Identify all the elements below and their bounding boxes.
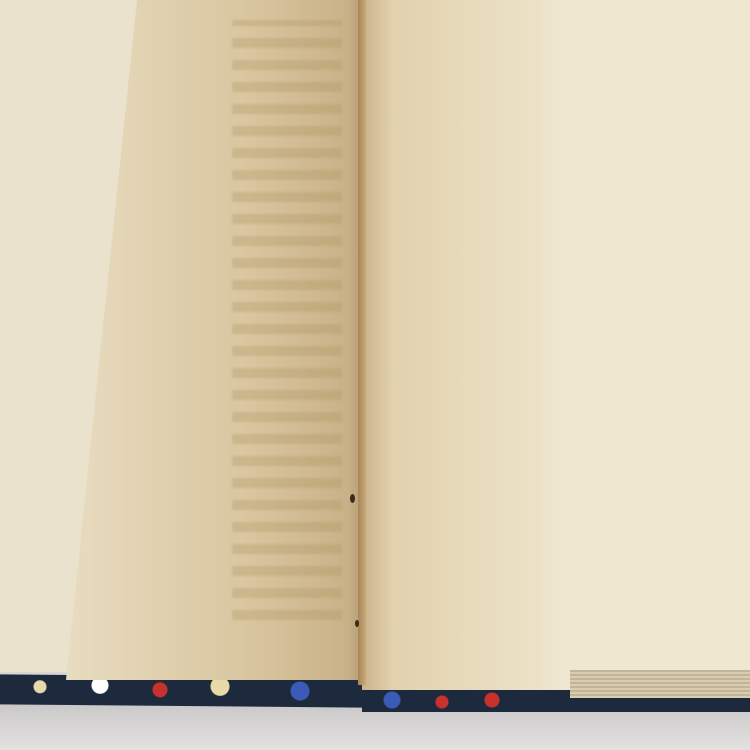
worm-hole	[355, 620, 359, 627]
offset-ghost-text	[232, 20, 342, 620]
spine-gutter	[358, 0, 366, 685]
worm-hole	[350, 494, 355, 503]
page-block-edges	[570, 670, 750, 698]
right-page	[362, 0, 750, 690]
book-photo	[0, 0, 750, 750]
